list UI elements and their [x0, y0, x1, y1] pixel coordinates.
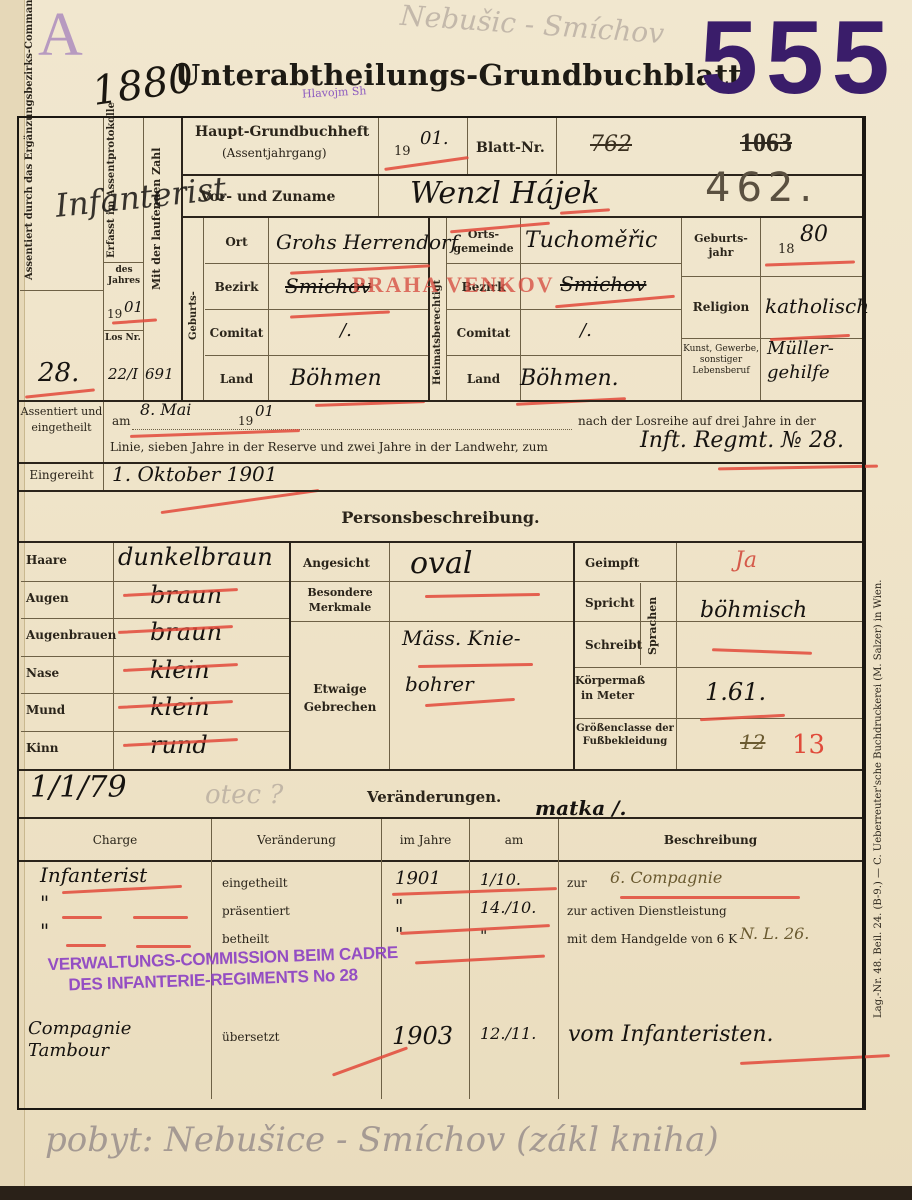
geburtsjahr-prefix: 18 — [778, 242, 795, 257]
assentjahrgang-label: (Assentjahrgang) — [222, 146, 327, 160]
change-charge: " — [40, 892, 215, 914]
comitat-label: Comitat — [205, 326, 268, 340]
margin-note: 1/1/79 — [30, 770, 127, 805]
assentjahrgang-value: 01. — [420, 128, 449, 149]
change-desc-handwritten: 6. Compagnie — [610, 868, 722, 887]
praha-venkov-stamp: PRAHA VENKOV — [352, 272, 555, 298]
eingereiht-label: Eingereiht — [20, 468, 103, 482]
gebrechen-label: Etwaige Gebrechen — [291, 680, 389, 716]
am-value: 8. Mai — [140, 400, 191, 419]
description-field-value: braun — [150, 618, 222, 646]
geburtsjahr-label: Geburts-jahr — [682, 232, 760, 260]
spricht-label: Spricht — [585, 596, 635, 610]
des-jahres-value: 01 — [124, 298, 143, 316]
change-type: übersetzt — [222, 1030, 279, 1044]
angesicht-value: oval — [410, 546, 473, 581]
bezirk-label: Bezirk — [205, 280, 268, 294]
gebrechen-value-1: Mäss. Knie- — [402, 626, 520, 650]
angesicht-label: Angesicht — [303, 556, 370, 570]
frame-right-edge — [862, 116, 865, 1108]
changes-column-header: im Jahre — [382, 833, 469, 847]
assent-year-value: 01 — [255, 402, 274, 420]
blatt-nr-struck-2: 1063 — [740, 128, 792, 158]
religion-label: Religion — [682, 300, 760, 314]
geimpft-label: Geimpft — [585, 556, 639, 570]
assentierung-label: Assentiert und eingetheilt — [20, 404, 103, 436]
change-date: 14./10. — [480, 898, 536, 917]
heimat-bezirk-value: Smichov — [560, 272, 646, 296]
description-field-label: Mund — [26, 703, 65, 717]
losreihe-text: nach der Losreihe auf drei Jahre in der — [578, 414, 816, 428]
name-label: Vor- und Zuname — [200, 189, 335, 205]
ort-label: Ort — [205, 235, 268, 249]
laufende-zahl-value: 691 — [145, 365, 174, 383]
koerpermass-label: Körpermaß in Meter — [575, 673, 640, 703]
change-desc-printed: mit dem Handgelde von 6 K — [567, 932, 737, 946]
ort-value: Grohs Herrendorf — [276, 230, 458, 254]
assentjahrgang-prefix: 19 — [394, 144, 411, 159]
groessenclasse-struck: 12 — [740, 730, 765, 754]
assent-year-prefix: 19 — [238, 414, 253, 428]
description-field-value: klein — [150, 693, 210, 721]
changes-column-header: am — [470, 833, 558, 847]
description-title: Personsbeschreibung. — [19, 508, 862, 527]
sheet-stamp-number: 555 — [700, 6, 898, 110]
page-title: Unterabtheilungs-Grundbuchblatt. — [175, 58, 753, 92]
change-charge: Infanterist — [40, 864, 215, 886]
des-jahres-label: des Jahres — [104, 265, 144, 287]
geburts-label: Geburts- — [188, 291, 199, 340]
groessenclasse-value: 13 — [792, 730, 825, 760]
beruf-label: Kunst, Gewerbe, sonstiger Lebensberuf — [682, 344, 760, 377]
change-type: präsentiert — [222, 904, 290, 918]
geimpft-value: Ja — [735, 548, 757, 573]
unit-value: Inft. Regmt. № 28. — [640, 428, 844, 453]
description-field-label: Kinn — [26, 741, 58, 755]
assentiert-by-label: Assentiert durch das Ergänzungsbezirks-C… — [24, 120, 35, 280]
land-label: Land — [205, 372, 268, 386]
sprachen-value: böhmisch — [700, 598, 807, 623]
page-bottom-edge — [0, 1186, 912, 1200]
heimat-comitat-value: /. — [580, 320, 592, 341]
beruf-value-1: Müller- — [767, 338, 834, 359]
change-year: 1903 — [392, 1022, 453, 1050]
heimat-land-label: Land — [447, 372, 520, 386]
change-type: eingetheilt — [222, 876, 288, 890]
change-charge: " — [40, 920, 215, 942]
sprachen-label: Sprachen — [646, 597, 659, 655]
blatt-nr-value: 462. — [705, 165, 818, 211]
schreibt-label: Schreibt — [585, 638, 642, 652]
los-nr-value: 22/I — [108, 365, 138, 383]
change-desc-printed: zur activen Dienstleistung — [567, 904, 727, 918]
change-year: 1901 — [395, 868, 441, 889]
koerpermass-value: 1.61. — [705, 678, 766, 706]
land-value: Böhmen — [290, 366, 382, 391]
gebrechen-value-2: bohrer — [405, 672, 474, 696]
groessenclasse-label: Größenclasse der Fußbekleidung — [575, 722, 675, 748]
description-field-label: Nase — [26, 666, 59, 680]
change-year: " — [395, 896, 403, 917]
changes-column-header: Charge — [19, 833, 211, 847]
pencil-bottom-note: pobyt: Nebušice - Smíchov (zákl kniha) — [45, 1120, 719, 1160]
des-jahres-prefix: 19 — [107, 307, 122, 321]
eingereiht-value: 1. Oktober 1901 — [112, 462, 278, 486]
change-date: 1/10. — [480, 870, 521, 889]
merkmale-label: Besondere Merkmale — [291, 585, 389, 615]
description-field-value: dunkelbraun — [118, 543, 273, 571]
heimat-comitat-label: Comitat — [447, 326, 520, 340]
change-desc-handwritten: vom Infanteristen. — [568, 1022, 774, 1047]
dienstzeit-text: Linie, sieben Jahre in der Reserve und z… — [110, 440, 548, 454]
ortsgemeinde-value: Tuchoměřic — [525, 228, 657, 253]
description-field-label: Haare — [26, 553, 67, 567]
blatt-nr-label: Blatt-Nr. — [476, 140, 545, 156]
name-value: Wenzl Hájek — [410, 176, 600, 211]
description-field-label: Augen — [26, 591, 69, 605]
changes-column-header: Beschreibung — [559, 833, 862, 847]
printer-imprint: Lag.-Nr. 48. Beil. 24. (B-9.) — C. Ueber… — [873, 580, 884, 1018]
corner-stamp-letter: A — [38, 0, 83, 71]
pencil-otec-note: otec ? — [205, 780, 283, 810]
am-label: am — [112, 414, 131, 428]
assentiert-by-value: 28. — [38, 358, 79, 388]
change-desc-handwritten: N. L. 26. — [740, 924, 809, 943]
laufende-zahl-label: Mit der laufenden Zahl — [150, 148, 163, 290]
description-field-label: Augenbrauen — [26, 628, 116, 642]
change-desc-printed: zur — [567, 876, 587, 890]
los-nr-label: Los Nr. — [105, 333, 141, 343]
heimat-land-value: Böhmen. — [520, 366, 619, 391]
haupt-grundbuchheft-label: Haupt-Grundbuchheft — [195, 124, 369, 140]
blatt-nr-struck-1: 762 — [590, 132, 632, 157]
geburtsjahr-value: 80 — [800, 222, 828, 247]
changes-column-header: Veränderung — [212, 833, 381, 847]
change-date: 12./11. — [480, 1024, 536, 1043]
change-charge: Compagnie Tambour — [28, 1018, 203, 1062]
changes-title: Veränderungen. — [367, 788, 501, 806]
beruf-value-2: gehilfe — [767, 362, 830, 383]
comitat-value: /. — [340, 320, 352, 341]
religion-value: katholisch — [765, 294, 869, 318]
change-type: betheilt — [222, 932, 269, 946]
